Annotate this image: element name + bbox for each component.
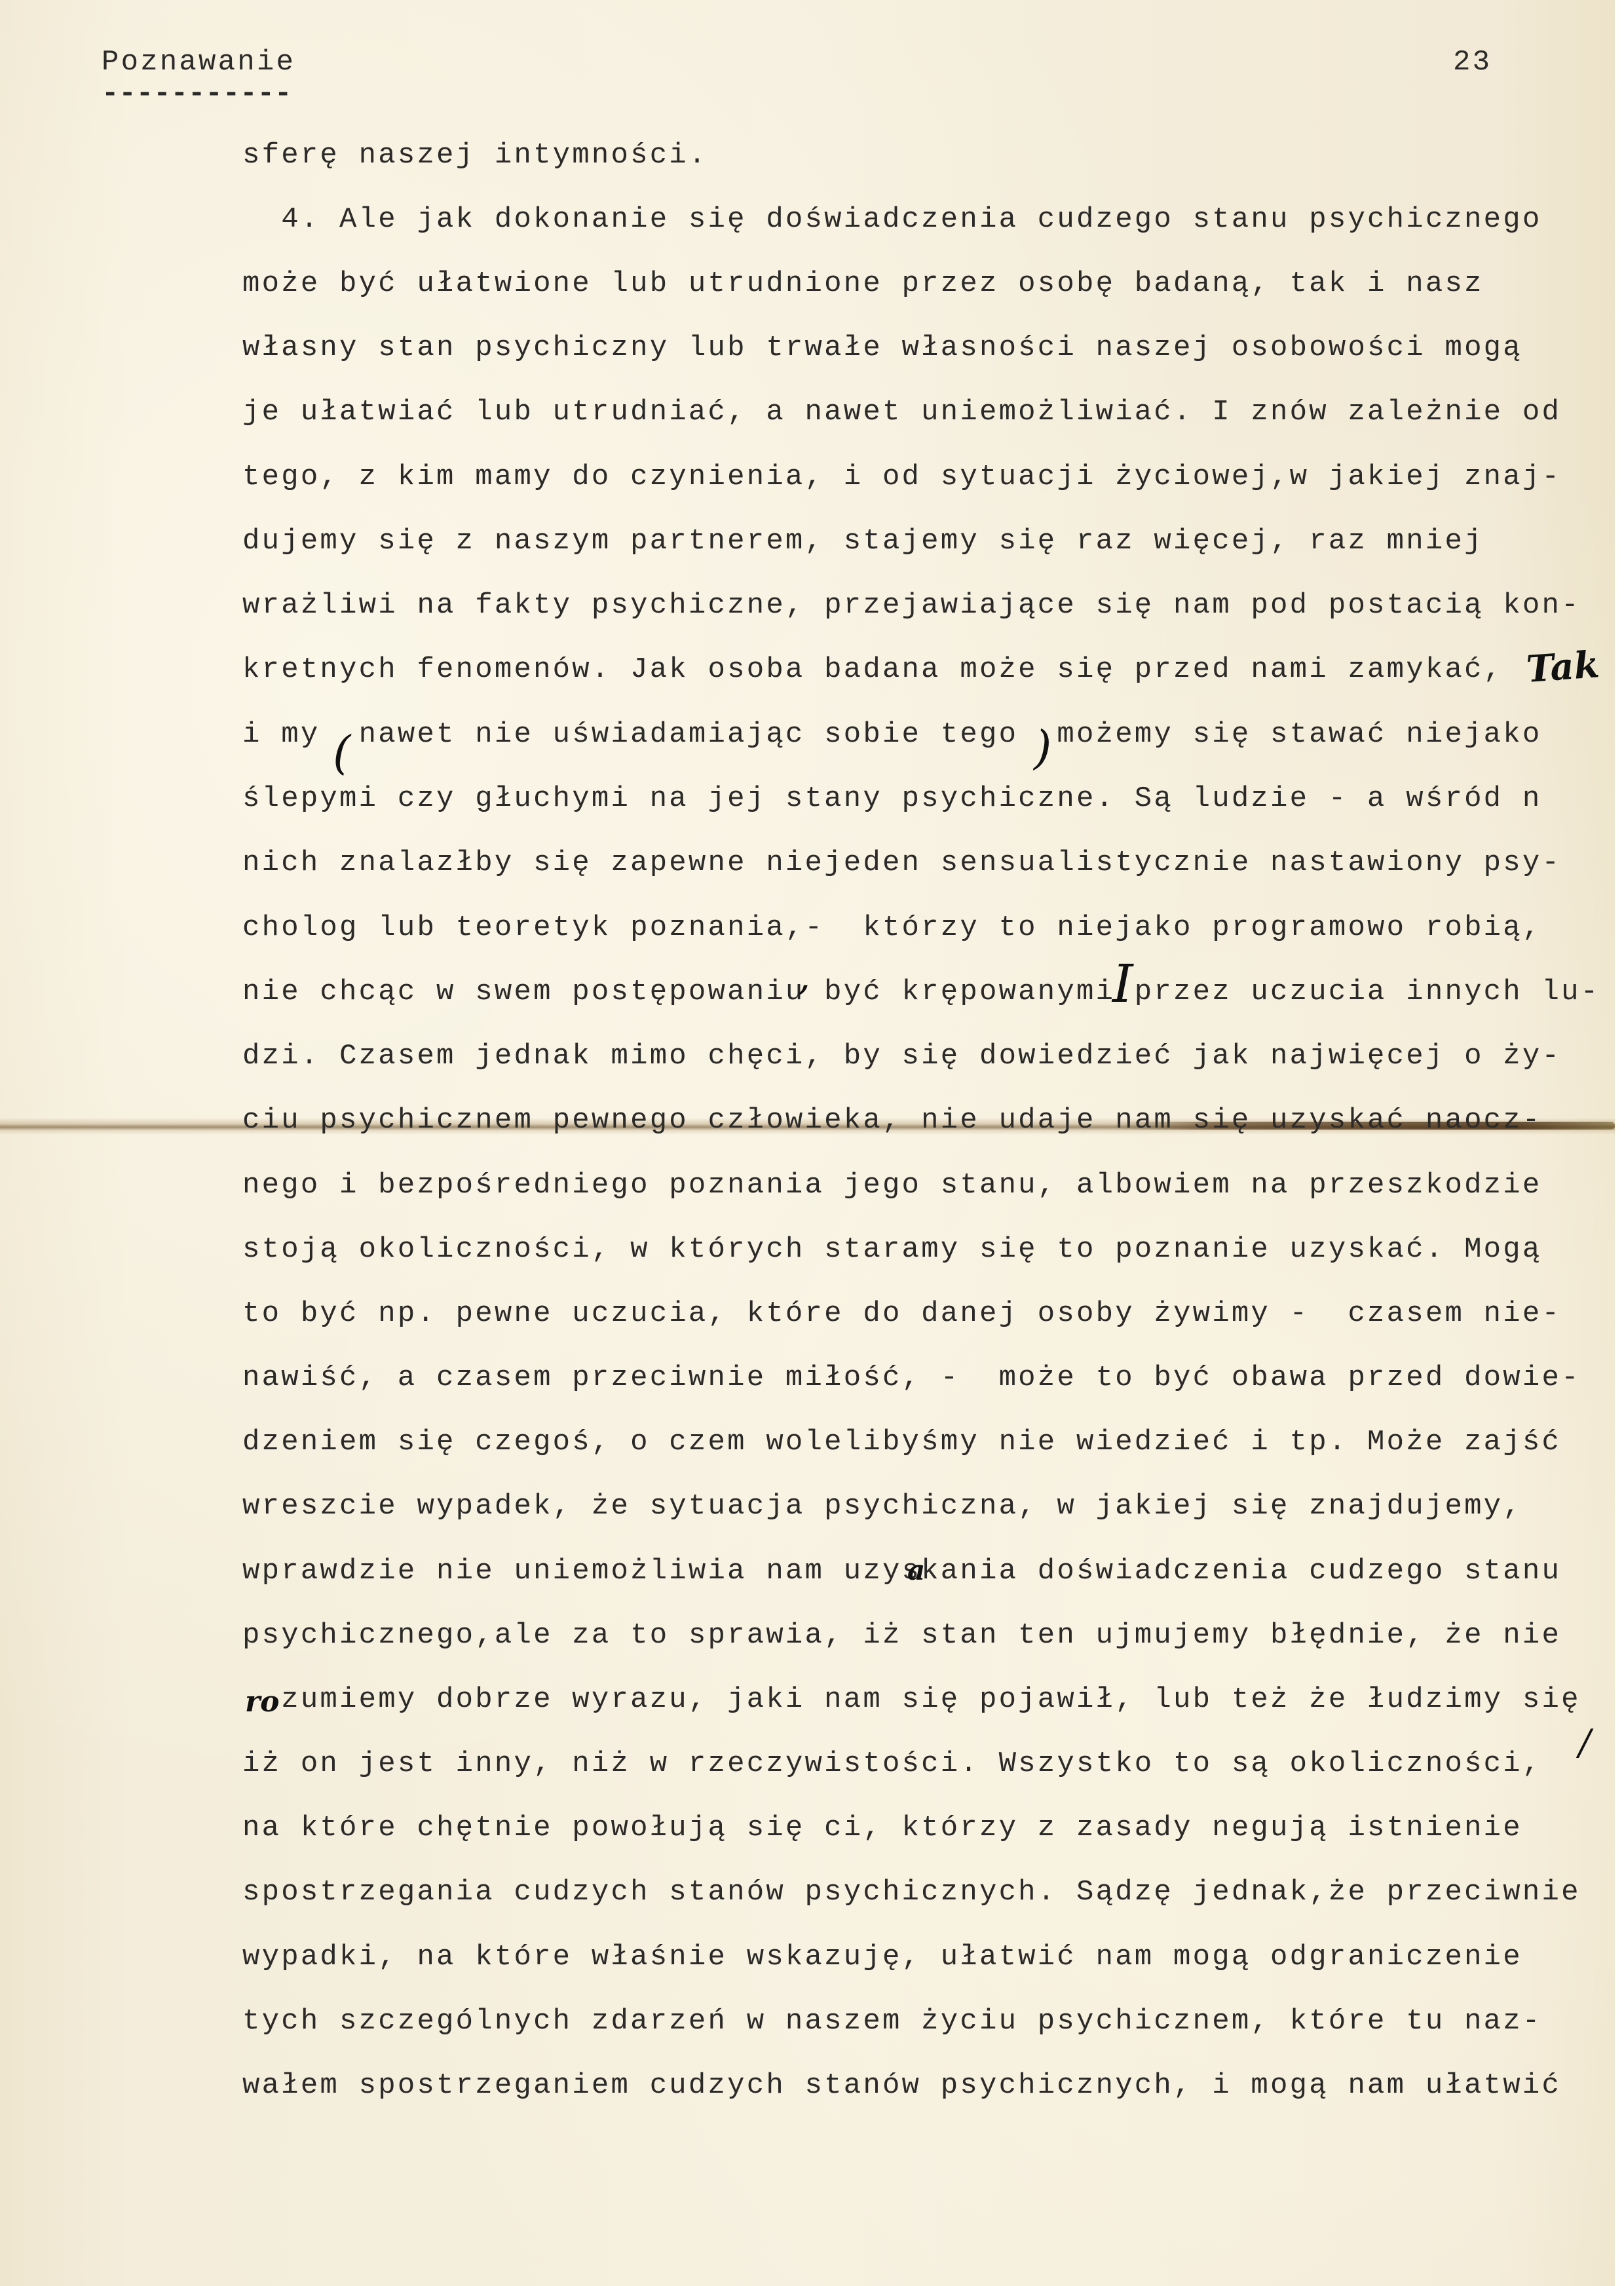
text-line: na które chętnie powołują się ci, którzy… <box>242 1812 1522 1844</box>
text-line: tych szczególnych zdarzeń w naszem życiu… <box>242 2005 1542 2038</box>
text-line: wałem spostrzeganiem cudzych stanów psyc… <box>242 2069 1561 2102</box>
text-line: cholog lub teoretyk poznania,- którzy to… <box>242 911 1542 944</box>
text-line: tego, z kim mamy do czynienia, i od sytu… <box>242 461 1561 493</box>
text-line: wreszcie wypadek, że sytuacja psychiczna… <box>242 1490 1522 1523</box>
text-line: iż on jest inny, niż w rzeczywistości. W… <box>242 1747 1542 1780</box>
handwritten-letter-correction: a <box>907 1554 925 1586</box>
text-line: 4. Ale jak dokonanie się doświadczenia c… <box>242 203 1542 236</box>
text-line: psychicznego,ale za to sprawia, iż stan … <box>242 1619 1561 1652</box>
handwritten-ro-correction: ro <box>245 1685 280 1719</box>
text-line: sferę naszej intymności. <box>242 139 708 172</box>
text-line: kretnych fenomenów. Jak osoba badana moż… <box>242 653 1503 686</box>
text-line: nego i bezpośredniego poznania jego stan… <box>242 1169 1542 1202</box>
text-line: ciu psychicznem pewnego człowieka, nie u… <box>242 1104 1542 1137</box>
text-line: wrażliwi na fakty psychiczne, przejawiaj… <box>242 589 1581 622</box>
running-header-underline: ----------- <box>102 77 292 110</box>
text-line: własny stan psychiczny lub trwałe własno… <box>242 332 1522 364</box>
text-line: nie chcąc w swem postępowaniu być krępow… <box>242 976 1600 1008</box>
text-line: nich znalazłby się zapewne niejeden sens… <box>242 847 1561 879</box>
handwritten-close-parenthesis: ) <box>1034 721 1051 774</box>
text-line: dzeniem się czegoś, o czem wolelibyśmy n… <box>242 1426 1561 1458</box>
text-line: spostrzegania cudzych stanów psychicznyc… <box>242 1876 1581 1909</box>
text-line: zumiemy dobrze wyrazu, jaki nam się poja… <box>242 1683 1581 1716</box>
text-line: dzi. Czasem jednak mimo chęci, by się do… <box>242 1040 1561 1073</box>
text-line: i my nawet nie uświadamiając sobie tego … <box>242 718 1542 751</box>
text-line: wypadki, na które właśnie wskazuję, ułat… <box>242 1941 1522 1973</box>
page-number: 23 <box>1453 46 1492 79</box>
text-line: ślepymi czy głuchymi na jej stany psychi… <box>242 782 1542 815</box>
text-line: to być np. pewne uczucia, które do danej… <box>242 1297 1561 1330</box>
scan-background-edge <box>1615 0 1624 2286</box>
text-line: je ułatwiać lub utrudniać, a nawet uniem… <box>242 396 1561 429</box>
text-line: wprawdzie nie uniemożliwia nam uzyskania… <box>242 1555 1561 1588</box>
handwritten-comma-insert: , <box>798 953 810 999</box>
text-line: stoją okoliczności, w których staramy si… <box>242 1233 1542 1266</box>
text-line: nawiść, a czasem przeciwnie miłość, - mo… <box>242 1362 1581 1394</box>
handwritten-tak-annotation: Tak <box>1525 643 1601 691</box>
text-line: może być ułatwione lub utrudnione przez … <box>242 267 1484 300</box>
text-line: dujemy się z naszym partnerem, stajemy s… <box>242 525 1484 558</box>
running-header-title: Poznawanie <box>102 46 295 79</box>
handwritten-open-parenthesis: ( <box>333 726 350 780</box>
handwritten-comma-stroke: / <box>1579 1722 1591 1763</box>
handwritten-insertion-mark: I <box>1112 953 1133 1014</box>
